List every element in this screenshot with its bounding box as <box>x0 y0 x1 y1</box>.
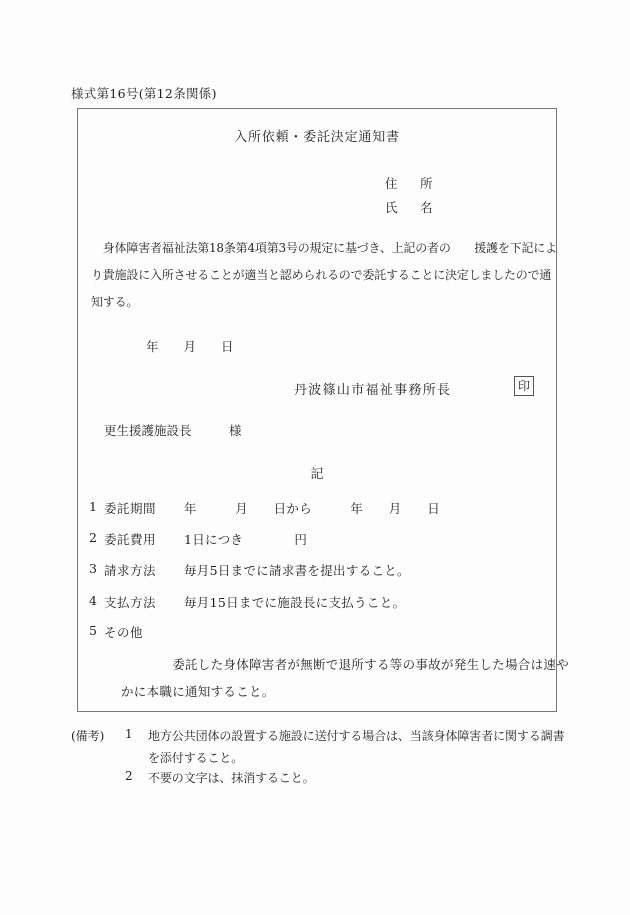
body-paragraph-line-3: 知する。 <box>91 293 138 310</box>
item-5-label: その他 <box>104 623 143 641</box>
remarks-label: (備考) <box>71 727 104 744</box>
body-paragraph-line-2: り貴施設に入所させることが適当と認められるので委託することに決定しましたので通 <box>91 266 551 283</box>
section-marker-ki: 記 <box>78 463 556 482</box>
body-paragraph-line-1: 身体障害者福祉法第18条第4項第3号の規定に基づき、上記の者の 援護を下記によ <box>91 239 557 256</box>
remark-1-line-2: を添付すること。 <box>148 749 243 766</box>
document-title: 入所依頼・委託決定通知書 <box>78 126 556 145</box>
remark-1-line-1: 地方公共団体の設置する施設に送付する場合は、当該身体障害者に関する調書 <box>148 727 565 744</box>
item-4-number: 4 <box>89 593 97 608</box>
issuer-title: 丹波篠山市福祉事務所長 <box>294 379 451 398</box>
item-3-label: 請求方法 <box>104 561 156 579</box>
remark-2-number: 2 <box>125 769 133 783</box>
item-2-label: 委託費用 <box>104 530 156 548</box>
addressee-line: 更生援護施設長 様 <box>104 421 242 439</box>
seal-placeholder: 印 <box>514 376 534 396</box>
item-1-number: 1 <box>89 499 97 514</box>
item-5-number: 5 <box>89 623 97 638</box>
remark-2-line-1: 不要の文字は、抹消すること。 <box>148 769 315 786</box>
in-box-note-line-2: かに本職に通知すること。 <box>121 682 275 700</box>
item-2-number: 2 <box>89 530 97 545</box>
item-3-content: 毎月5日までに請求書を提出すること。 <box>184 561 410 579</box>
document-page: 様式第16号(第12条関係) 入所依頼・委託決定通知書 住 所 氏 名 身体障害… <box>0 0 630 915</box>
item-3-number: 3 <box>89 561 97 576</box>
seal-label: 印 <box>518 379 530 393</box>
item-4-content: 毎月15日までに施設長に支払うこと。 <box>184 593 405 611</box>
recipient-address-label: 住 所 <box>385 174 438 192</box>
item-1-label: 委託期間 <box>104 499 156 517</box>
item-1-content: 年 月 日から 年 月 日 <box>184 499 440 517</box>
recipient-name-label: 氏 名 <box>385 198 438 216</box>
form-number-label: 様式第16号(第12条関係) <box>71 84 217 102</box>
document-border-box: 入所依頼・委託決定通知書 住 所 氏 名 身体障害者福祉法第18条第4項第3号の… <box>77 108 557 712</box>
remark-1-number: 1 <box>125 727 133 741</box>
item-4-label: 支払方法 <box>104 593 156 611</box>
issue-date-line: 年 月 日 <box>146 337 234 355</box>
item-2-content: 1日につき 円 <box>184 530 307 548</box>
in-box-note-line-1: 委託した身体障害者が無断で退所する等の事故が発生した場合は速や <box>121 655 569 673</box>
